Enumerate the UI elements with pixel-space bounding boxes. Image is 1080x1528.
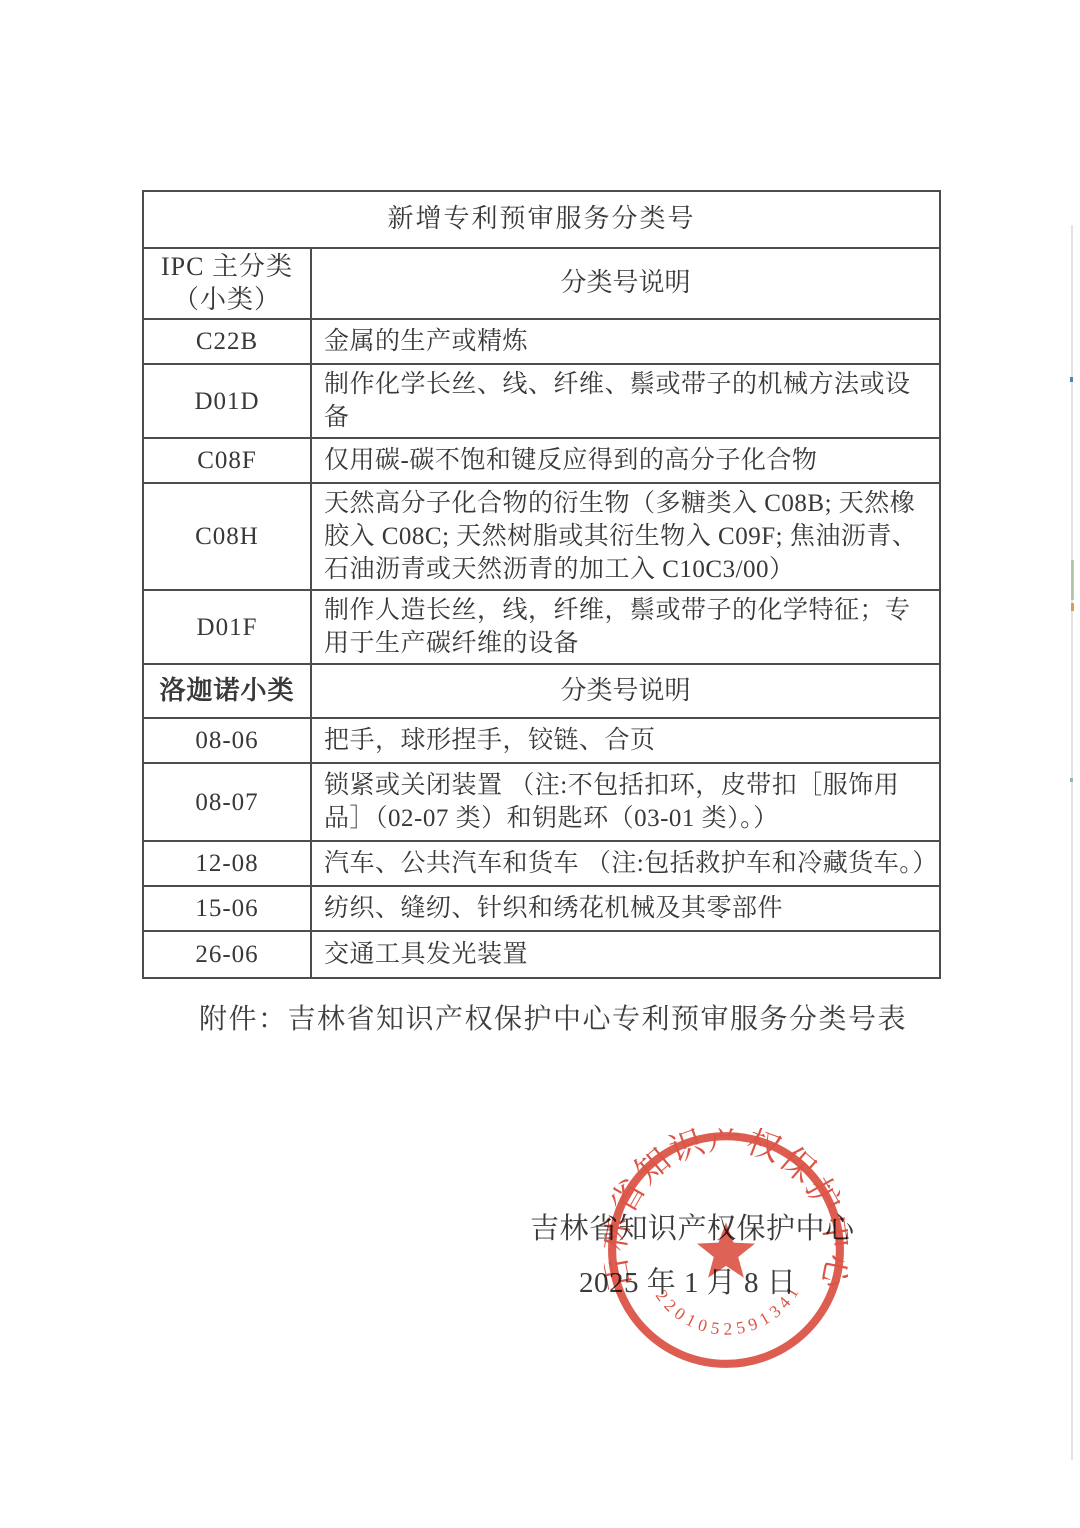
scan-artifact (1071, 603, 1074, 611)
scan-artifact (1070, 778, 1073, 782)
ipc-header-line2: （小类） (145, 284, 309, 317)
table-row: C08F 仅用碳-碳不饱和键反应得到的高分子化合物 (143, 438, 940, 483)
table-row: 08-06 把手，球形捏手，铰链、合页 (143, 718, 940, 763)
desc-header-cell: 分类号说明 (311, 248, 940, 319)
locarno-code: 08-07 (143, 763, 311, 841)
table-row: D01D 制作化学长丝、线、纤维、鬃或带子的机械方法或设备 (143, 364, 940, 438)
signature-date: 2025 年 1 月 8 日 (579, 1260, 796, 1301)
locarno-header-cell: 洛迦诺小类 (143, 664, 311, 718)
table-row: 08-07 锁紧或关闭装置 （注:不包括扣环，皮带扣［服饰用品］（02-07 类… (143, 763, 940, 841)
ipc-header-cell: IPC 主分类 （小类） (143, 248, 311, 319)
locarno-code: 15-06 (143, 886, 311, 931)
seal-ring (612, 1136, 840, 1364)
locarno-code: 08-06 (143, 718, 311, 763)
table-row: 26-06 交通工具发光装置 (143, 931, 940, 978)
locarno-desc: 汽车、公共汽车和货车 （注:包括救护车和冷藏货车。） (311, 841, 940, 886)
table-row: D01F 制作人造长丝，线，纤维，鬃或带子的化学特征；专用于生产碳纤维的设备 (143, 590, 940, 664)
ipc-code: D01D (143, 364, 311, 438)
locarno-desc: 交通工具发光装置 (311, 931, 940, 978)
table-row: C22B 金属的生产或精炼 (143, 319, 940, 364)
locarno-desc: 把手，球形捏手，铰链、合页 (311, 718, 940, 763)
ipc-code: C08H (143, 483, 311, 590)
locarno-code: 26-06 (143, 931, 311, 978)
ipc-desc: 制作人造长丝，线，纤维，鬃或带子的化学特征；专用于生产碳纤维的设备 (311, 590, 940, 664)
page-edge-line (1071, 225, 1073, 1460)
table-row: 15-06 纺织、缝纫、针织和绣花机械及其零部件 (143, 886, 940, 931)
ipc-desc: 仅用碳-碳不饱和键反应得到的高分子化合物 (311, 438, 940, 483)
scan-artifact (1071, 560, 1074, 600)
classification-table: 新增专利预审服务分类号 IPC 主分类 （小类） 分类号说明 C22B 金属的生… (142, 190, 941, 979)
desc-header-cell: 分类号说明 (311, 664, 940, 718)
attachment-note: 附件：吉林省知识产权保护中心专利预审服务分类号表 (199, 997, 907, 1037)
locarno-code: 12-08 (143, 841, 311, 886)
locarno-desc: 锁紧或关闭装置 （注:不包括扣环，皮带扣［服饰用品］（02-07 类）和钥匙环（… (311, 763, 940, 841)
locarno-desc: 纺织、缝纫、针织和绣花机械及其零部件 (311, 886, 940, 931)
table-row: IPC 主分类 （小类） 分类号说明 (143, 248, 940, 319)
table-row: 12-08 汽车、公共汽车和货车 （注:包括救护车和冷藏货车。） (143, 841, 940, 886)
table-row: C08H 天然高分子化合物的衍生物（多糖类入 C08B; 天然橡胶入 C08C;… (143, 483, 940, 590)
ipc-code: D01F (143, 590, 311, 664)
scanned-document-page: { "table": { "title": "新增专利预审服务分类号", "ip… (0, 0, 1080, 1528)
ipc-code: C08F (143, 438, 311, 483)
ipc-header-line1: IPC 主分类 (145, 251, 309, 284)
ipc-desc: 天然高分子化合物的衍生物（多糖类入 C08B; 天然橡胶入 C08C; 天然树脂… (311, 483, 940, 590)
scan-artifact (1070, 377, 1073, 382)
table-row: 新增专利预审服务分类号 (143, 191, 940, 248)
table-row: 洛迦诺小类 分类号说明 (143, 664, 940, 718)
official-seal: 吉林省知识产权保护中心 2201052591341 (604, 1128, 848, 1372)
ipc-code: C22B (143, 319, 311, 364)
table-title: 新增专利预审服务分类号 (143, 191, 940, 248)
ipc-desc: 金属的生产或精炼 (311, 319, 940, 364)
ipc-desc: 制作化学长丝、线、纤维、鬃或带子的机械方法或设备 (311, 364, 940, 438)
signature-organization: 吉林省知识产权保护中心 (530, 1206, 855, 1247)
